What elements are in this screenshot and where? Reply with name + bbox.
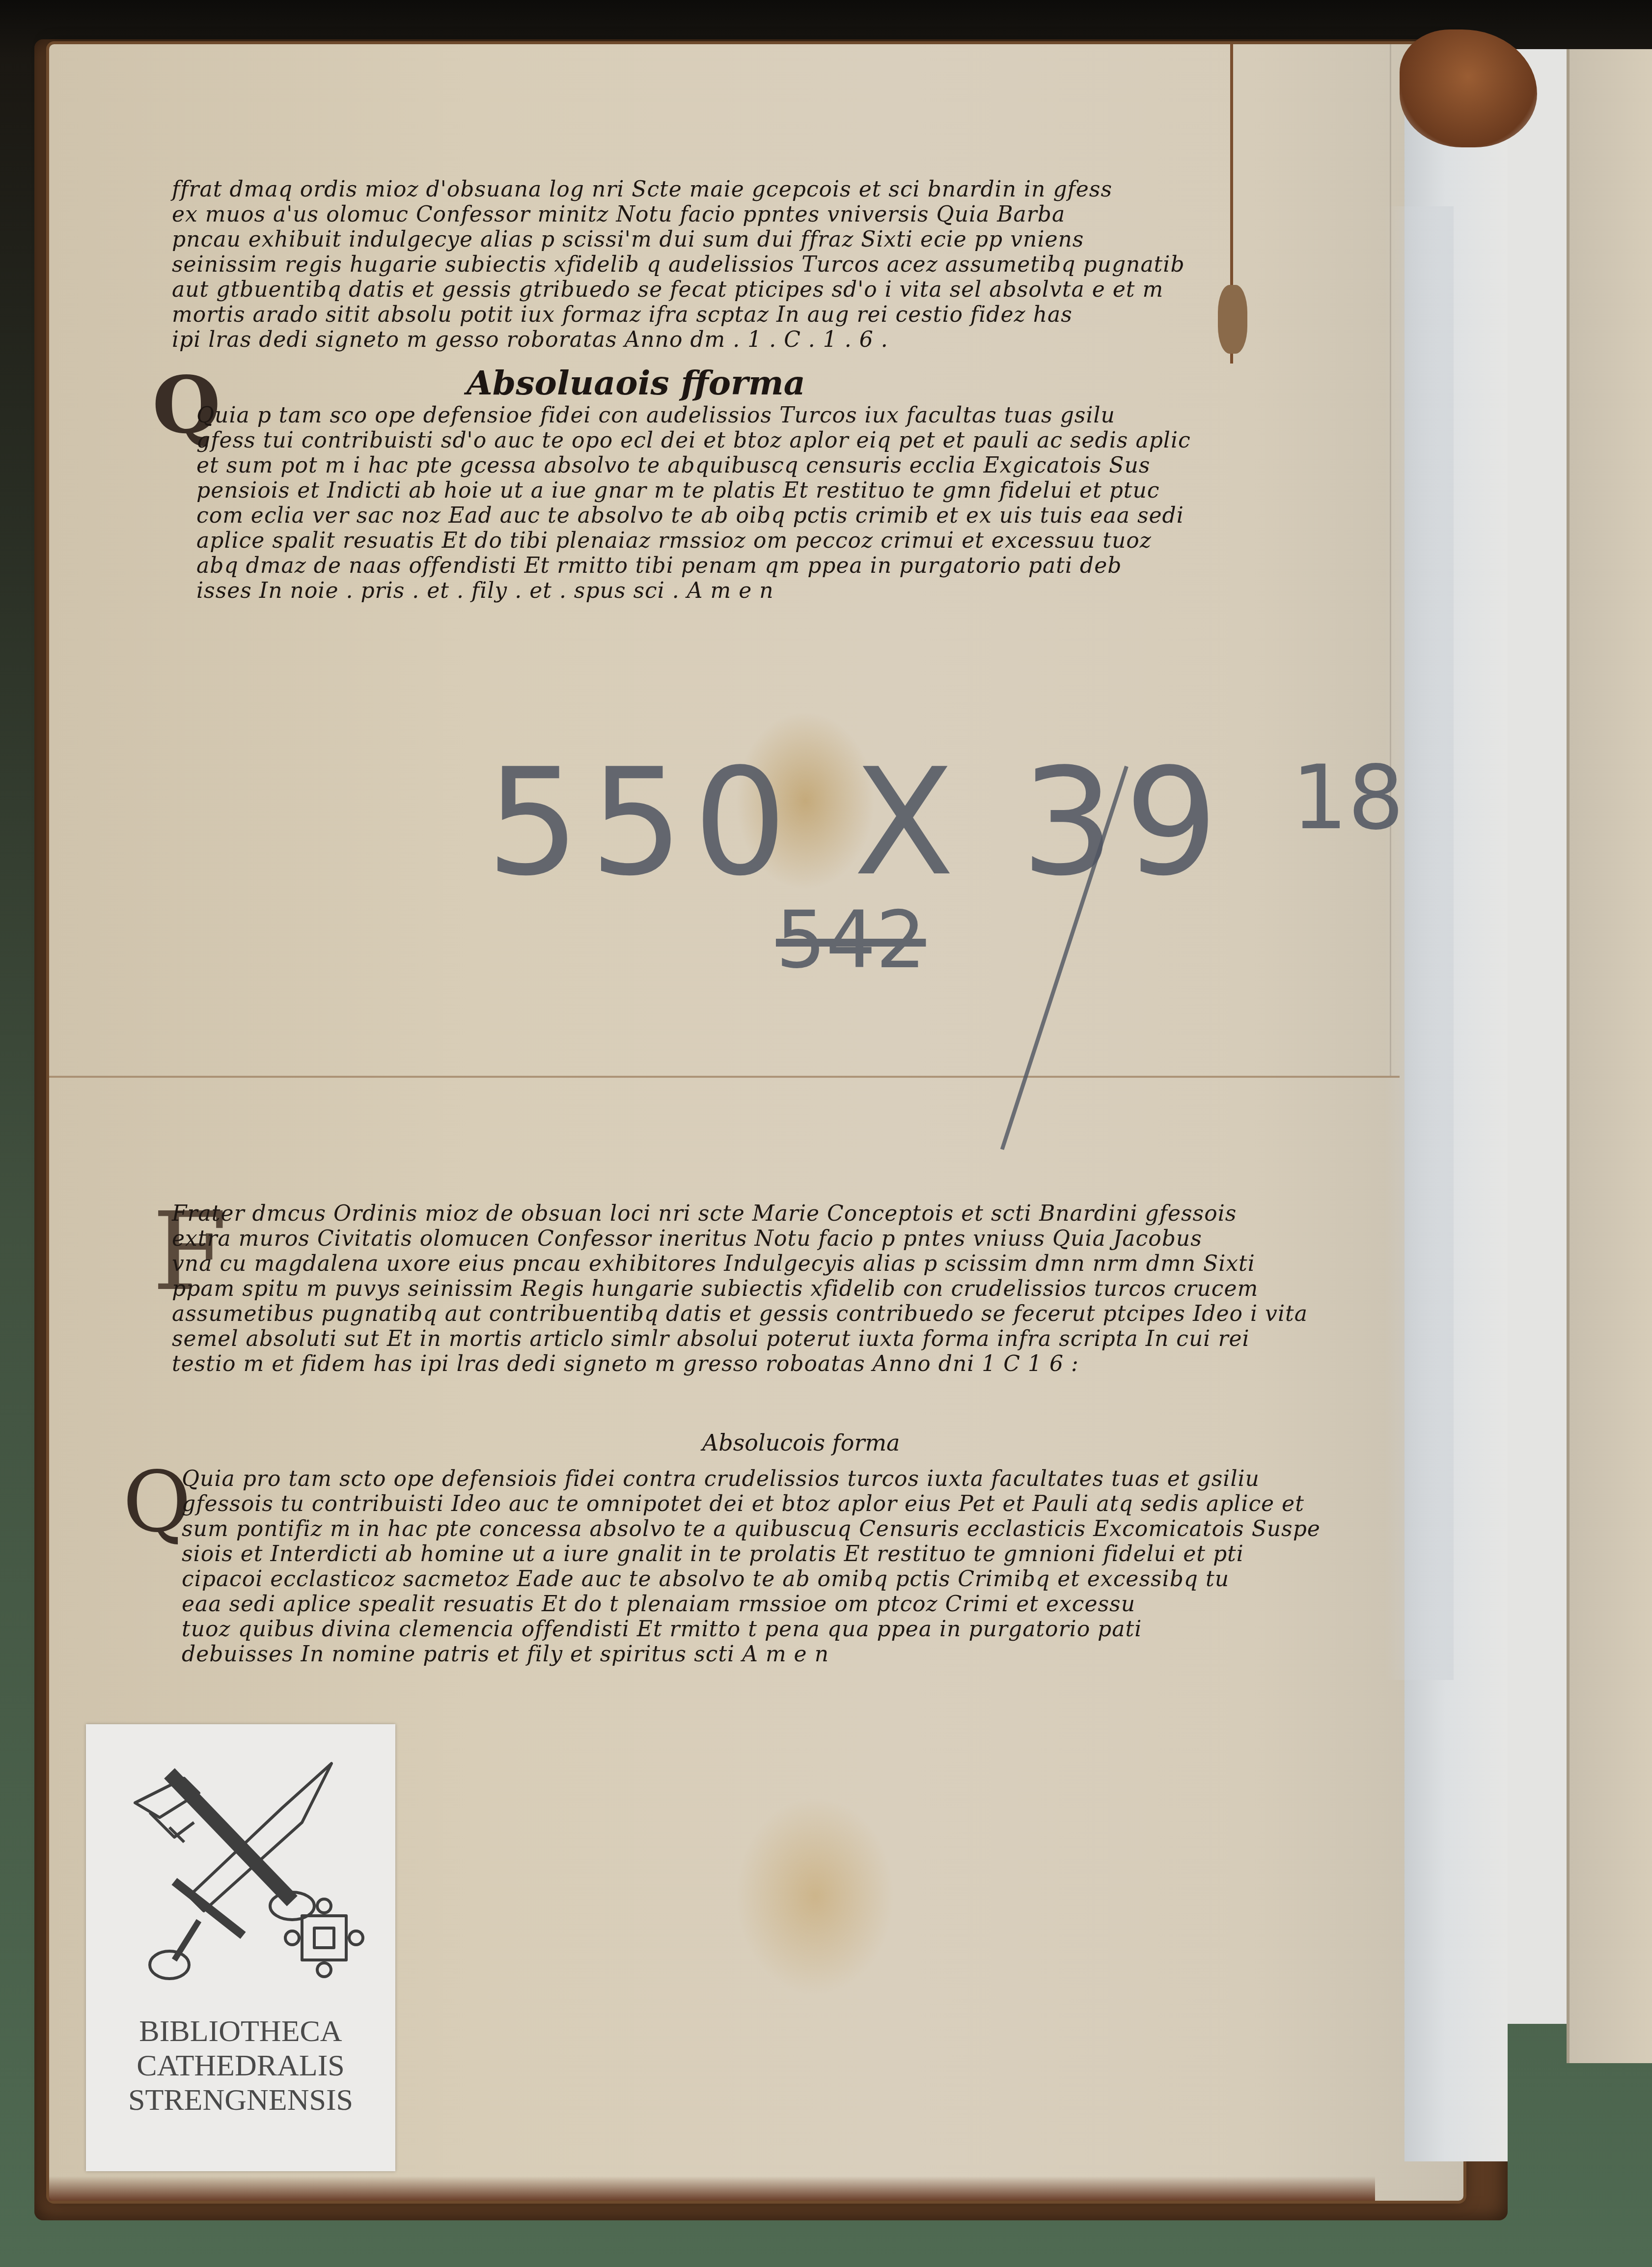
text-line: ex muos a'us olomuc Confessor minitz Not…: [172, 202, 1185, 227]
decorated-initial-q2: Q: [123, 1454, 191, 1551]
text-line: tuoz quibus divina clemencia offendisti …: [182, 1617, 1321, 1642]
text-line: debuisses In nomine patris et fily et sp…: [182, 1642, 1321, 1667]
pencil-side-number: 18: [1292, 747, 1404, 849]
pencil-struck-number: 542: [776, 894, 926, 986]
fold-line: [49, 1076, 1400, 1078]
text-line: Quia p tam sco ope defensioe fidei con a…: [196, 403, 1191, 428]
text-line: com eclia ver sac noz Ead auc te absolvo…: [196, 503, 1191, 528]
text-line: extra muros Civitatis olomucen Confessor…: [172, 1226, 1308, 1251]
text-line: eaa sedi aplice spealit resuatis Et do t…: [182, 1592, 1321, 1617]
bookplate-line: BIBLIOTHECA: [86, 2014, 395, 2048]
text-line: Quia pro tam scto ope defensiois fidei c…: [182, 1466, 1321, 1491]
right-page-edge: [1567, 49, 1652, 2063]
bookplate-line: STRENGNENSIS: [86, 2083, 395, 2117]
text-line: ffrat dmaq ordis mioz d'obsuana log nri …: [172, 177, 1185, 202]
text-line: abq dmaz de naas offendisti Et rmitto ti…: [196, 553, 1191, 578]
text-line: Frater dmcus Ordinis mioz de obsuan loci…: [172, 1201, 1308, 1226]
text-line: assumetibus pugnatibq aut contribuentibq…: [172, 1301, 1308, 1326]
text-line: mortis arado sitit absolu potit iux form…: [172, 302, 1185, 327]
text-line: testio m et fidem has ipi lras dedi sign…: [172, 1351, 1308, 1376]
text-line: sum pontifiz m in hac pte concessa absol…: [182, 1516, 1321, 1541]
text-line: aut gtbuentibq datis et gessis gtribuedo…: [172, 277, 1185, 302]
indulgence-letter-1: ffrat dmaq ordis mioz d'obsuana log nri …: [172, 177, 1185, 352]
adjacent-leaf-edge: [1508, 49, 1567, 2024]
library-bookplate: BIBLIOTHECA CATHEDRALIS STRENGNENSIS: [86, 1724, 395, 2171]
text-line: gfess tui contribuisti sd'o auc te opo e…: [196, 428, 1191, 453]
text-line: et sum pot m i hac pte gcessa absolvo te…: [196, 453, 1191, 478]
text-line: cipacoi ecclasticoz sacmetoz Eade auc te…: [182, 1567, 1321, 1592]
indulgence-letter-2: Frater dmcus Ordinis mioz de obsuan loci…: [172, 1201, 1308, 1376]
fold-line-vertical: [1390, 44, 1391, 1076]
text-line: semel absoluti sut Et in mortis articlo …: [172, 1326, 1308, 1351]
bookplate-line: CATHEDRALIS: [86, 2048, 395, 2083]
absolution-form-1: Quia p tam sco ope defensioe fidei con a…: [196, 403, 1191, 603]
text-line: vna cu magdalena uxore eius pncau exhibi…: [172, 1251, 1308, 1276]
key-and-sword-icon: [115, 1749, 366, 1994]
text-line: aplice spalit resuatis Et do tibi plenai…: [196, 528, 1191, 553]
absolution-heading-2: Absolucois forma: [702, 1429, 900, 1456]
text-line: pncau exhibuit indulgecye alias p scissi…: [172, 227, 1185, 252]
text-line: siois et Interdicti ab homine ut a iure …: [182, 1541, 1321, 1567]
text-line: ipi lras dedi signeto m gesso roboratas …: [172, 327, 1185, 352]
text-line: isses In noie . pris . et . fily . et . …: [196, 578, 1191, 603]
bookplate-text: BIBLIOTHECA CATHEDRALIS STRENGNENSIS: [86, 2014, 395, 2117]
torn-leather-corner: [1400, 29, 1537, 147]
pencil-shelfmark: 550 X 39: [486, 737, 1228, 908]
absolution-form-2: Quia pro tam scto ope defensiois fidei c…: [182, 1466, 1321, 1667]
absolution-heading-1: Absoluaois fforma: [467, 364, 805, 403]
text-line: pensiois et Indicti ab hoie ut a iue gna…: [196, 478, 1191, 503]
text-line: gfessois tu contribuisti Ideo auc te omn…: [182, 1491, 1321, 1516]
thread-stain: [1218, 285, 1247, 354]
repair-paper-overlap: [1385, 206, 1454, 1680]
text-line: seinissim regis hugarie subiectis xfidel…: [172, 252, 1185, 277]
worn-bottom-edge: [49, 2176, 1375, 2201]
text-line: ppam spitu m puvys seinissim Regis hunga…: [172, 1276, 1308, 1301]
